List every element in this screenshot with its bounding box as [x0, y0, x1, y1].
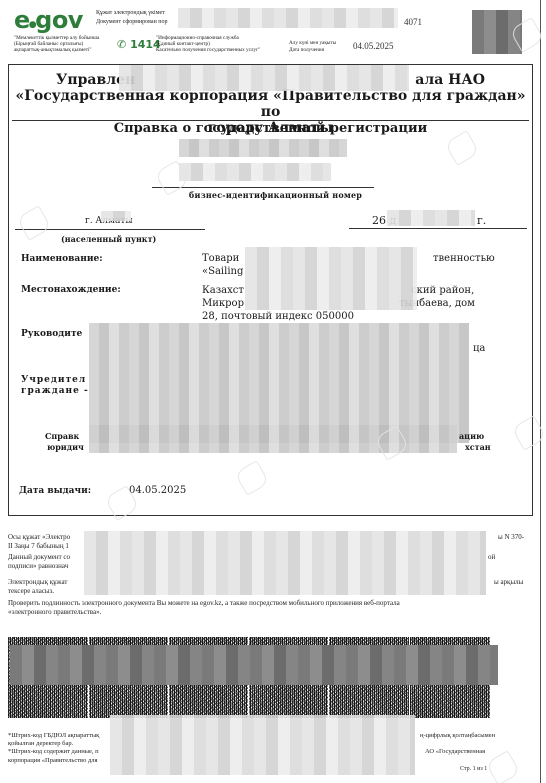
- location-value-line-3: 28, почтовый индекс 050000: [202, 310, 354, 323]
- name-value-line-1: Товари: [202, 252, 239, 265]
- ornament-watermark-icon: [234, 460, 270, 496]
- footer-kz-verify-end: ы арқылы: [494, 578, 523, 587]
- footer-ru-verify-line-1: Проверить подлинность электронного докум…: [8, 599, 400, 608]
- footer-ru-verify-line-2: «электронного правительства».: [8, 608, 101, 617]
- certification-line-2-start: юридич: [47, 442, 84, 452]
- redacted-name-location: [245, 247, 417, 310]
- name-label: Наименование:: [21, 254, 103, 264]
- redacted-barcode-strip: [10, 645, 498, 685]
- footer-kz-law-end: ы N 370-: [498, 533, 524, 542]
- certification-line-1-end: ацию: [459, 431, 484, 441]
- barcode-note-kz-end: ң-цифрлық қолтаңбасымен: [420, 732, 495, 741]
- logo-e: e: [14, 6, 30, 34]
- city-label: (населенный пункт): [61, 234, 156, 244]
- location-value-line-1: Казахст: [202, 284, 244, 297]
- contact-phone: ✆ 1414: [117, 38, 161, 51]
- name-value-tail: твенностью: [433, 252, 495, 265]
- doc-line-ru: Документ сформирован пор: [96, 19, 168, 25]
- egov-header: e●gov Құжат электрондық үкімет Документ …: [0, 0, 546, 60]
- bin-label: бизнес-идентификационный номер: [9, 190, 532, 200]
- receipt-date: 04.05.2025: [353, 41, 394, 51]
- barcode-note-ru-start: *Штрих-код содержит данные, п: [8, 748, 99, 757]
- footer-kz-law-start: Осы құжат «Электро: [8, 533, 70, 542]
- redacted-org-name: [119, 65, 409, 91]
- org-line-2: «Государственная корпорация «Правительст…: [9, 88, 532, 120]
- document-title: Справка о государственной регистрации: [9, 121, 532, 136]
- issue-date-label: Дата выдачи:: [19, 486, 91, 496]
- name-value-line-2: «Sailing: [202, 265, 243, 278]
- founder-label-2: граждане -: [21, 386, 89, 396]
- redacted-footer-text: [84, 531, 486, 595]
- location-label: Местонахождение:: [21, 285, 121, 295]
- footer-kz-verify-line-2: тексере аласыз.: [8, 587, 54, 596]
- location-value-tail-1: ский район,: [411, 284, 474, 297]
- director-label: Руководите: [21, 329, 82, 339]
- registration-date-suffix: г.: [477, 214, 486, 227]
- receipt-label-kz: Алу күні мен уақыты: [289, 40, 336, 46]
- footer-ru-doc-start: Данный документ со: [8, 553, 70, 562]
- footer-kz-verify-start: Электрондық құжат: [8, 578, 67, 587]
- redacted-barcode-note: [110, 715, 415, 775]
- location-value-line-2: Микрор: [202, 297, 244, 310]
- doc-number-suffix: 4071: [404, 17, 422, 27]
- footer-ru-doc-end: ой: [488, 553, 495, 562]
- barcode-note-ru-line-2: корпорация «Правительство для: [8, 757, 98, 766]
- page-edge-line: [540, 0, 541, 783]
- phone-icon: ✆: [117, 38, 126, 51]
- right-note-3: Касательно получения государственных усл…: [156, 47, 260, 53]
- doc-line-kz: Құжат электрондық үкімет: [96, 10, 165, 16]
- page-number: Стр. 1 из 1: [460, 766, 487, 772]
- bin-underline: [152, 187, 374, 188]
- ornament-watermark-icon: [485, 750, 521, 783]
- certification-line-1-start: Справк: [45, 431, 79, 441]
- left-note-3: ақпараттық-анықтамалық қызметі": [14, 47, 92, 53]
- ornament-watermark-icon: [16, 205, 52, 241]
- director-value-tail: ца: [473, 342, 485, 355]
- logo-gov: gov: [35, 6, 83, 34]
- redacted-city: [101, 211, 131, 221]
- barcode-note-ru-end: АО «Государственная: [425, 748, 485, 757]
- date-underline: [349, 228, 527, 229]
- certificate-frame: Управленала НАО «Государственная корпора…: [8, 64, 533, 516]
- footer-kz-law-line-2: II Заңы 7 бабының 1: [8, 542, 69, 551]
- egov-logo: e●gov: [14, 8, 83, 32]
- footer-ru-doc-line-2: подписи» равнознач: [8, 562, 68, 571]
- redacted-registration-date: [387, 210, 475, 226]
- receipt-label-ru: Дата получения: [289, 47, 324, 53]
- redacted-bin: [179, 163, 331, 181]
- redacted-registration-number: [179, 139, 347, 157]
- founder-label: Учредител: [21, 375, 86, 385]
- org-line-1-end: ала НАО: [415, 72, 485, 88]
- issue-date-value: 04.05.2025: [129, 485, 186, 496]
- redacted-doc-number: [178, 8, 398, 28]
- certification-line-2-end: хстан: [465, 442, 491, 452]
